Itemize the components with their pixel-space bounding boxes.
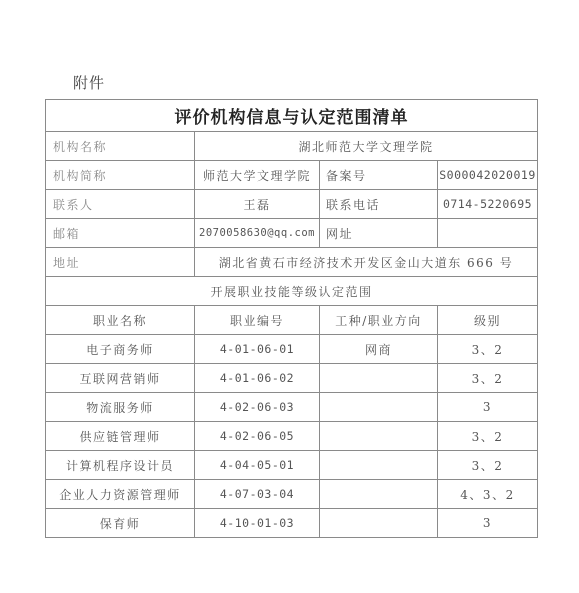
header-occupation-code: 职业编号 [195, 306, 320, 335]
table-row: 供应链管理师 4-02-06-05 3、2 [46, 422, 538, 451]
institution-info-table: 评价机构信息与认定范围清单 机构名称 湖北师范大学文理学院 机构简称 师范大学文… [45, 99, 538, 538]
record-number-label: 备案号 [320, 161, 438, 190]
occupation-level: 4、3、2 [438, 480, 538, 509]
contact-value: 王磊 [195, 190, 320, 219]
scope-section-title: 开展职业技能等级认定范围 [46, 277, 538, 306]
occupation-level: 3、2 [438, 335, 538, 364]
short-name-value: 师范大学文理学院 [195, 161, 320, 190]
institution-name-value: 湖北师范大学文理学院 [195, 132, 538, 161]
address-value: 湖北省黄石市经济技术开发区金山大道东 666 号 [195, 248, 538, 277]
phone-value: 0714-5220695 [438, 190, 538, 219]
website-label: 网址 [320, 219, 438, 248]
table-row: 保育师 4-10-01-03 3 [46, 509, 538, 538]
table-row: 互联网营销师 4-01-06-02 3、2 [46, 364, 538, 393]
occupation-direction [320, 480, 438, 509]
record-number-value: S000042020019 [438, 161, 538, 190]
table-row: 企业人力资源管理师 4-07-03-04 4、3、2 [46, 480, 538, 509]
occupation-code: 4-01-06-01 [195, 335, 320, 364]
occupation-code: 4-10-01-03 [195, 509, 320, 538]
occupation-code: 4-02-06-05 [195, 422, 320, 451]
header-level: 级别 [438, 306, 538, 335]
phone-label: 联系电话 [320, 190, 438, 219]
header-direction: 工种/职业方向 [320, 306, 438, 335]
occupation-code: 4-04-05-01 [195, 451, 320, 480]
email-value: 2070058630@qq.com [195, 219, 320, 248]
occupation-name: 电子商务师 [46, 335, 195, 364]
occupation-direction [320, 451, 438, 480]
table-title: 评价机构信息与认定范围清单 [46, 100, 538, 132]
occupation-direction [320, 509, 438, 538]
occupation-name: 供应链管理师 [46, 422, 195, 451]
email-label: 邮箱 [46, 219, 195, 248]
header-occupation-name: 职业名称 [46, 306, 195, 335]
table-row: 物流服务师 4-02-06-03 3 [46, 393, 538, 422]
occupation-direction [320, 364, 438, 393]
occupation-name: 计算机程序设计员 [46, 451, 195, 480]
website-value [438, 219, 538, 248]
short-name-label: 机构简称 [46, 161, 195, 190]
occupation-level: 3 [438, 509, 538, 538]
occupation-direction [320, 393, 438, 422]
address-label: 地址 [46, 248, 195, 277]
occupation-direction [320, 422, 438, 451]
occupation-name: 物流服务师 [46, 393, 195, 422]
occupation-code: 4-07-03-04 [195, 480, 320, 509]
occupation-direction: 网商 [320, 335, 438, 364]
occupation-level: 3、2 [438, 451, 538, 480]
occupation-name: 保育师 [46, 509, 195, 538]
occupation-code: 4-01-06-02 [195, 364, 320, 393]
occupation-name: 企业人力资源管理师 [46, 480, 195, 509]
occupation-name: 互联网营销师 [46, 364, 195, 393]
contact-label: 联系人 [46, 190, 195, 219]
occupation-level: 3 [438, 393, 538, 422]
table-row: 电子商务师 4-01-06-01 网商 3、2 [46, 335, 538, 364]
institution-name-label: 机构名称 [46, 132, 195, 161]
occupation-level: 3、2 [438, 422, 538, 451]
attachment-label: 附件 [73, 72, 105, 93]
table-row: 计算机程序设计员 4-04-05-01 3、2 [46, 451, 538, 480]
scope-header-row: 职业名称 职业编号 工种/职业方向 级别 [46, 306, 538, 335]
occupation-code: 4-02-06-03 [195, 393, 320, 422]
occupation-level: 3、2 [438, 364, 538, 393]
